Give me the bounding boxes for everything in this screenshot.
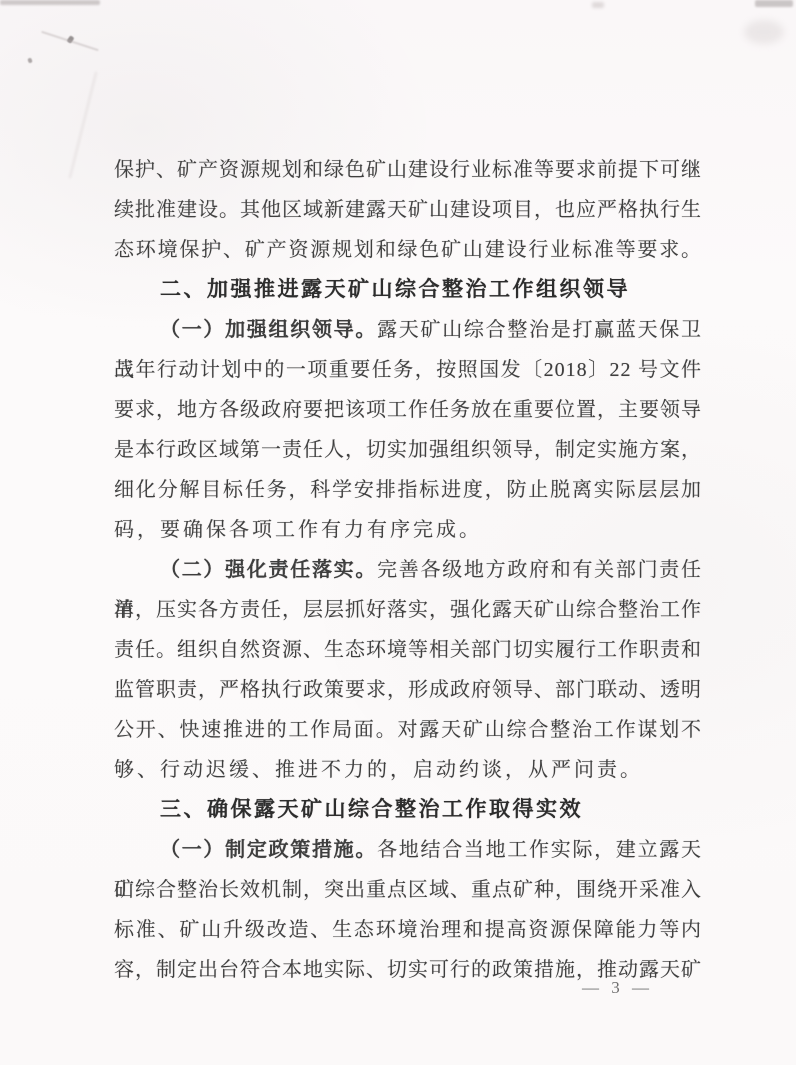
- scan-artifact-scratch: [41, 31, 99, 51]
- text-line: 要求，地方各级政府要把该项工作任务放在重要位置，主要领导: [114, 390, 702, 430]
- paragraph-first-line: （一）加强组织领导。露天矿山综合整治是打赢蓝天保卫战: [114, 310, 702, 350]
- scan-artifact-speck: [27, 57, 32, 63]
- page-number: — 3 —: [582, 978, 653, 998]
- text-line: 责任。组织自然资源、生态环境等相关部门切实履行工作职责和: [114, 630, 702, 670]
- paragraph-lead-label: （二）强化责任落实。: [160, 559, 377, 581]
- paragraph-lead-label: （一）制定政策措施。: [160, 839, 377, 861]
- scan-artifact-top-left-bar: [0, 0, 100, 5]
- text-line: 监管职责，严格执行政策要求，形成政府领导、部门联动、透明: [114, 670, 702, 710]
- text-line: 细化分解目标任务，科学安排指标进度，防止脱离实际层层加: [114, 470, 702, 510]
- scan-artifact-scratch: [69, 71, 97, 178]
- scan-artifact-top-right-mark: [755, 0, 793, 7]
- scan-artifact-speck: [66, 35, 74, 44]
- text-line: 续批准建设。其他区域新建露天矿山建设项目，也应严格执行生: [114, 190, 702, 230]
- paragraph-first-line: （二）强化责任落实。完善各级地方政府和有关部门责任清: [114, 550, 702, 590]
- text-line: 单，压实各方责任，层层抓好落实，强化露天矿山综合整治工作: [114, 590, 702, 630]
- text-line: 山综合整治长效机制，突出重点区域、重点矿种，围绕开采准入: [114, 870, 702, 910]
- paragraph-first-line: （一）制定政策措施。各地结合当地工作实际，建立露天矿: [114, 830, 702, 870]
- section-heading-2: 二、加强推进露天矿山综合整治工作组织领导: [114, 270, 702, 310]
- text-line: 码，要确保各项工作有力有序完成。: [114, 510, 702, 550]
- text-line: 三年行动计划中的一项重要任务，按照国发〔2018〕22 号文件: [114, 350, 702, 390]
- scan-artifact-top-middle-smudge: [592, 2, 604, 8]
- text-line: 保护、矿产资源规划和绿色矿山建设行业标准等要求前提下可继: [114, 150, 702, 190]
- text-line: 公开、快速推进的工作局面。对露天矿山综合整治工作谋划不: [114, 710, 702, 750]
- document-page: 保护、矿产资源规划和绿色矿山建设行业标准等要求前提下可继 续批准建设。其他区域新…: [0, 0, 796, 1065]
- text-line: 态环境保护、矿产资源规划和绿色矿山建设行业标准等要求。: [114, 230, 702, 270]
- section-heading-3: 三、确保露天矿山综合整治工作取得实效: [114, 790, 702, 830]
- text-line: 够、行动迟缓、推进不力的，启动约谈，从严问责。: [114, 750, 702, 790]
- text-line: 是本行政区域第一责任人，切实加强组织领导，制定实施方案，: [114, 430, 702, 470]
- paragraph-lead-label: （一）加强组织领导。: [160, 319, 377, 341]
- text-line: 标准、矿山升级改造、生态环境治理和提高资源保障能力等内: [114, 910, 702, 950]
- document-body: 保护、矿产资源规划和绿色矿山建设行业标准等要求前提下可继 续批准建设。其他区域新…: [114, 150, 702, 990]
- scan-artifact-top-right-smudge: [744, 20, 784, 44]
